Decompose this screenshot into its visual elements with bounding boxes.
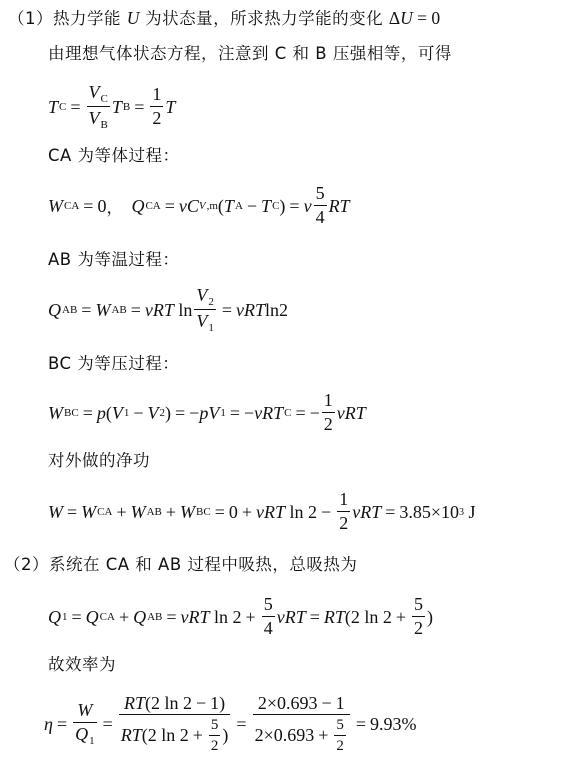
equation-ca: WCA=0， QCA=νCV,m(TA−TC)=ν 54RT <box>48 183 350 229</box>
equation-ab: QAB=WAB=νRT ln V2V1 =νRTln2 <box>48 287 288 333</box>
part2-intro: （2）系统在 CA 和 AB 过程中吸热，总吸热为 <box>4 556 357 574</box>
equation-net-work: W=WCA+WAB+WBC=0+νRT ln 2− 12νRT=3.85×103… <box>48 489 476 535</box>
ca-heading: CA 为等体过程： <box>48 148 180 165</box>
delta-u-result: ΔU = 0 <box>389 8 440 28</box>
equation-tc: TC= VCVB TB= 12T <box>48 84 175 130</box>
equation-efficiency: η= WQ1 = RT(2 ln 2−1)RT(2 ln 2+52) = 2×0… <box>44 692 417 756</box>
part2-label: （2） <box>4 555 49 574</box>
efficiency-heading: 故效率为 <box>48 657 116 674</box>
part1-intro: （1）热力学能 U 为状态量，所求热力学能的变化 ΔU = 0 <box>8 10 440 28</box>
equation-bc: WBC=p(V1−V2)=−pV1=−νRTC=− 12νRT <box>48 390 366 436</box>
equation-q1: Q1=QCA+QAB=νRT ln 2+ 54νRT=RT(2 ln 2+ 52… <box>48 594 433 640</box>
part1-label: （1） <box>8 9 53 28</box>
state-equation-note: 由理想气体状态方程，注意到 C 和 B 压强相等，可得 <box>48 46 452 63</box>
bc-heading: BC 为等压过程： <box>48 356 179 373</box>
net-work-heading: 对外做的净功 <box>48 453 150 470</box>
ab-heading: AB 为等温过程： <box>48 252 179 269</box>
efficiency-result: 9.93% <box>370 714 417 735</box>
